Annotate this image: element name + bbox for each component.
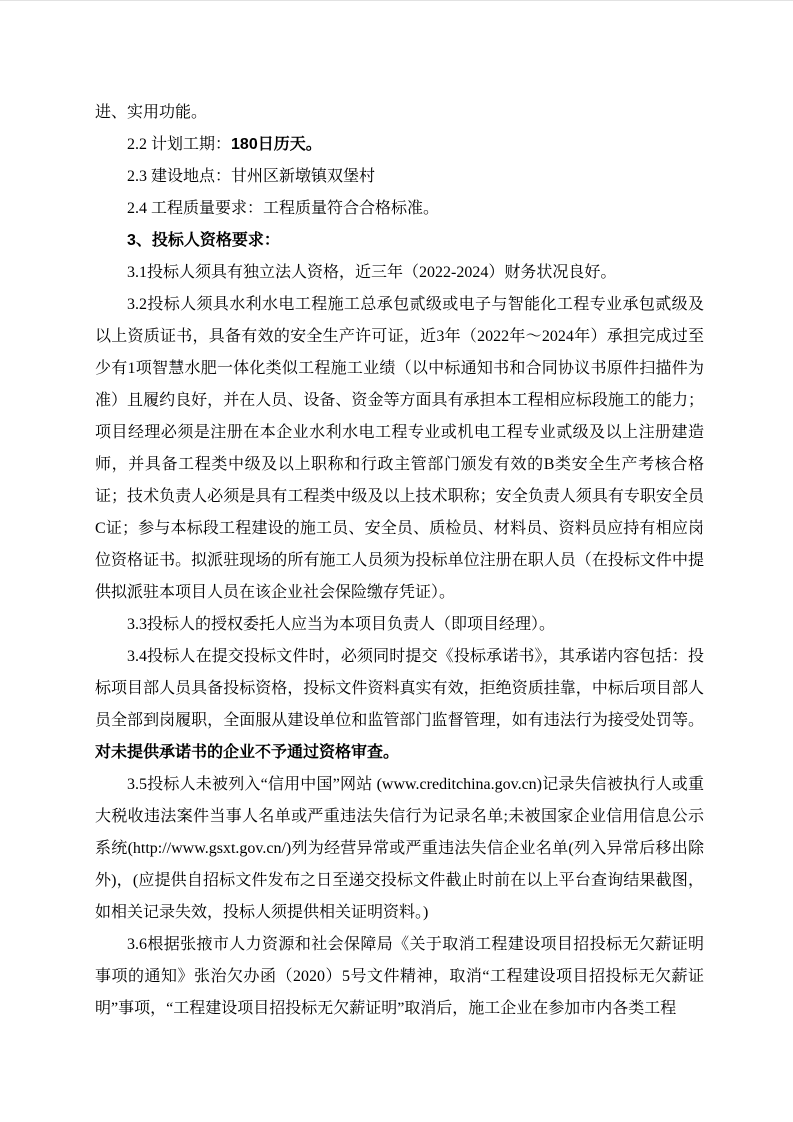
text-run: 2.3 建设地点：甘州区新墩镇双堡村 [127,168,375,185]
bold-emphasis: 180日历天。 [231,136,322,153]
text-run: 3.6根据张掖市人力资源和社会保障局《关于取消工程建设项目招投标无欠薪证明事项的… [95,936,704,1017]
item-2-2-planned-duration: 2.2 计划工期：180日历天。 [95,129,704,161]
text-run: 3.3投标人的授权委托人应当为本项目负责人（即项目经理）。 [127,616,555,633]
section-heading: 3、投标人资格要求： [127,232,280,249]
heading-3-bidder-qualification: 3、投标人资格要求： [95,225,704,257]
text-run: 进、实用功能。 [95,104,207,121]
text-run: 3.4投标人在提交投标文件时，必须同时提交《投标承诺书》，其承诺内容包括：投标项… [95,648,704,729]
item-2-3-construction-site: 2.3 建设地点：甘州区新墩镇双堡村 [95,161,704,193]
bold-emphasis: 对未提供承诺书的企业不予通过资格审查。 [95,744,399,761]
item-3-5-credit-check: 3.5投标人未被列入“信用中国”网站 (www.creditchina.gov.… [95,769,704,929]
text-run: 2.4 工程质量要求：工程质量符合合格标准。 [127,200,439,217]
text-run: 3.1投标人须具有独立法人资格，近三年（2022-2024）财务状况良好。 [127,264,616,281]
text-run: 2.2 计划工期： [127,136,231,153]
document-page: 进、实用功能。 2.2 计划工期：180日历天。 2.3 建设地点：甘州区新墩镇… [0,0,793,1122]
text-run: 3.2投标人须具水利水电工程施工总承包贰级或电子与智能化工程专业承包贰级及以上资… [95,296,704,601]
item-3-1-legal-person: 3.1投标人须具有独立法人资格，近三年（2022-2024）财务状况良好。 [95,257,704,289]
item-2-4-quality-requirement: 2.4 工程质量要求：工程质量符合合格标准。 [95,193,704,225]
item-3-4-bid-commitment: 3.4投标人在提交投标文件时，必须同时提交《投标承诺书》，其承诺内容包括：投标项… [95,641,704,769]
item-3-2-qualification-detail: 3.2投标人须具水利水电工程施工总承包贰级或电子与智能化工程专业承包贰级及以上资… [95,289,704,609]
page-top-edge [0,0,793,1]
document-body: 进、实用功能。 2.2 计划工期：180日历天。 2.3 建设地点：甘州区新墩镇… [95,97,704,1025]
item-3-3-authorized-agent: 3.3投标人的授权委托人应当为本项目负责人（即项目经理）。 [95,609,704,641]
item-3-6-wage-arrears-notice: 3.6根据张掖市人力资源和社会保障局《关于取消工程建设项目招投标无欠薪证明事项的… [95,929,704,1025]
text-run: 3.5投标人未被列入“信用中国”网站 (www.creditchina.gov.… [95,776,704,921]
paragraph-continuation: 进、实用功能。 [95,97,704,129]
